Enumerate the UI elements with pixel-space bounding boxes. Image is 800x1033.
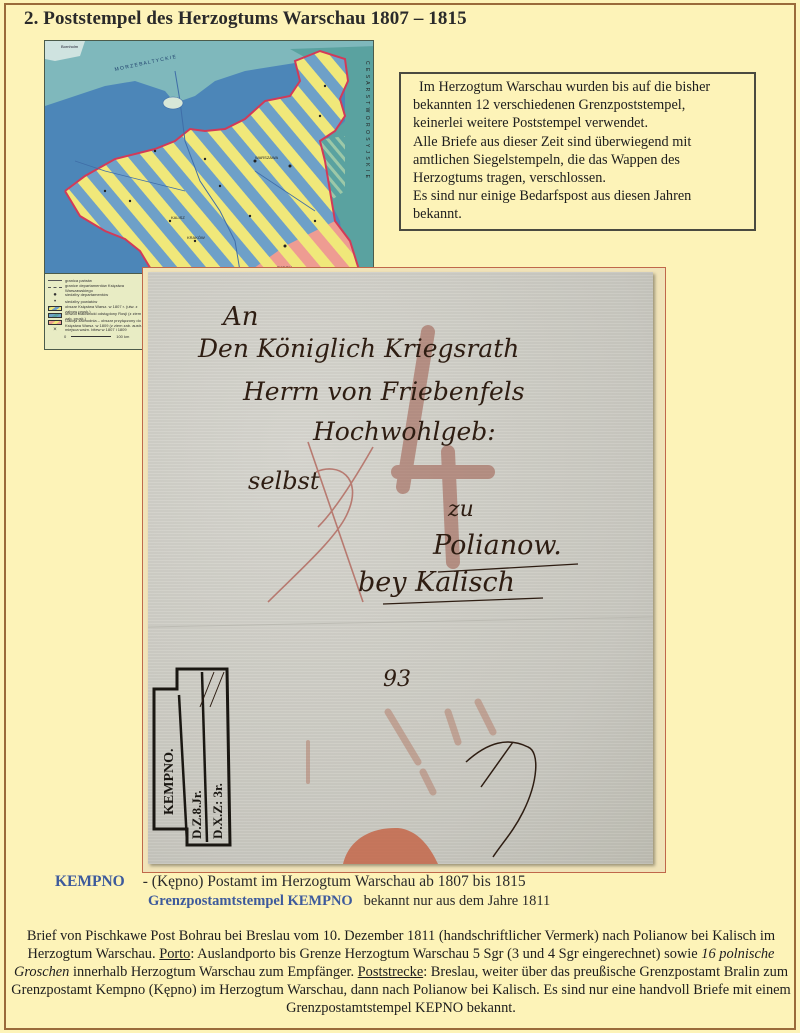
info-line: bekannt. <box>413 205 744 223</box>
address-line: Hochwohlgeb: <box>313 417 496 446</box>
kempno-border-stamp: KEMPNO. D.Z.8.Jr. D.X.Z: 3r. <box>152 667 234 849</box>
svg-text:C E S A R S T W O R O S Y J: C E S A R S T W O R O S Y J S K I E <box>364 61 370 179</box>
svg-text:Bornholm: Bornholm <box>61 44 79 49</box>
svg-text:WARSZAWA: WARSZAWA <box>255 155 278 160</box>
address-line: Polianow. <box>433 530 562 561</box>
info-line: Im Herzogtum Warschau wurden bis auf die… <box>413 78 744 96</box>
legend-item: Galicja zachodnia – obszar przyłączony d… <box>48 319 145 326</box>
info-box: Im Herzogtum Warschau wurden bis auf die… <box>399 72 756 231</box>
battle-x-icon: × <box>48 327 62 333</box>
address-line: An <box>223 302 259 332</box>
info-line: Es sind nur einige Bedarfspost aus diese… <box>413 187 744 205</box>
caption-post-office: KEMPNO- (Kępno) Postamt im Herzogtum War… <box>55 873 526 891</box>
address-line: selbst <box>248 467 320 495</box>
info-line: amtlichen Siegelstempeln, die das Wappen… <box>413 151 744 169</box>
manuscript-rate: 93 <box>383 667 411 692</box>
blue-green-swatch-icon <box>48 313 62 318</box>
address-line: Den Königlich Kriegsrath <box>198 334 519 363</box>
route-label: Poststrecke <box>358 964 424 980</box>
address-line: Herrn von Friebenfels <box>243 377 525 406</box>
info-line: keinerlei weitere Poststempel verwendet. <box>413 114 744 132</box>
description-text: : Auslandporto bis Grenze Herzogtum Wars… <box>190 946 701 962</box>
map-legend: granica państw granice departamentów Ksi… <box>45 273 149 350</box>
dashed-line-icon <box>48 287 62 288</box>
place-description: - (Kępno) Postamt im Herzogtum Warschau … <box>143 873 526 890</box>
stamp-town-name: KEMPNO. <box>162 749 178 816</box>
legend-item: granice departamentów Księstwa Warszawsk… <box>48 284 145 291</box>
red-yellow-swatch-icon <box>48 320 62 325</box>
yellow-blue-swatch-icon <box>48 306 62 311</box>
scale-bar <box>71 336 111 337</box>
border-line-icon <box>48 280 62 281</box>
svg-text:KALISZ: KALISZ <box>171 215 185 220</box>
caption-stamp-type: Grenzpostamtstempel KEMPNO bekannt nur a… <box>148 893 550 910</box>
page-title: 2. Poststempel des Herzogtums Warschau 1… <box>24 8 467 30</box>
map-scale: 0100 km <box>48 333 145 340</box>
info-line: bekannten 12 verschiedenen Grenzpoststem… <box>413 96 744 114</box>
description-text: innerhalb Herzogtum Warschau zum Empfäng… <box>69 964 357 980</box>
porto-label: Porto <box>159 946 190 962</box>
place-name: KEMPNO <box>55 873 125 890</box>
dot-icon: ● <box>48 292 62 298</box>
stamp-time-line: D.X.Z: 3r. <box>210 783 226 839</box>
address-line: zu <box>448 497 474 522</box>
address-line: bey Kalisch <box>358 567 515 598</box>
stamp-date-line: D.Z.8.Jr. <box>189 790 205 839</box>
historic-letter-cover: An Den Königlich Kriegsrath Herrn von Fr… <box>148 272 653 864</box>
info-line: Herzogtums tragen, verschlossen. <box>413 169 744 187</box>
stamp-type-label: Grenzpostamtstempel KEMPNO <box>148 893 353 909</box>
letter-description: Brief von Pischkawe Post Bohrau bei Bres… <box>10 927 792 1017</box>
stamp-known-text: bekannt nur aus dem Jahre 1811 <box>364 893 551 909</box>
small-dot-icon: • <box>48 299 62 305</box>
svg-text:KRAKÓW: KRAKÓW <box>187 235 205 240</box>
info-line: Alle Briefe aus dieser Zeit sind überwie… <box>413 133 744 151</box>
